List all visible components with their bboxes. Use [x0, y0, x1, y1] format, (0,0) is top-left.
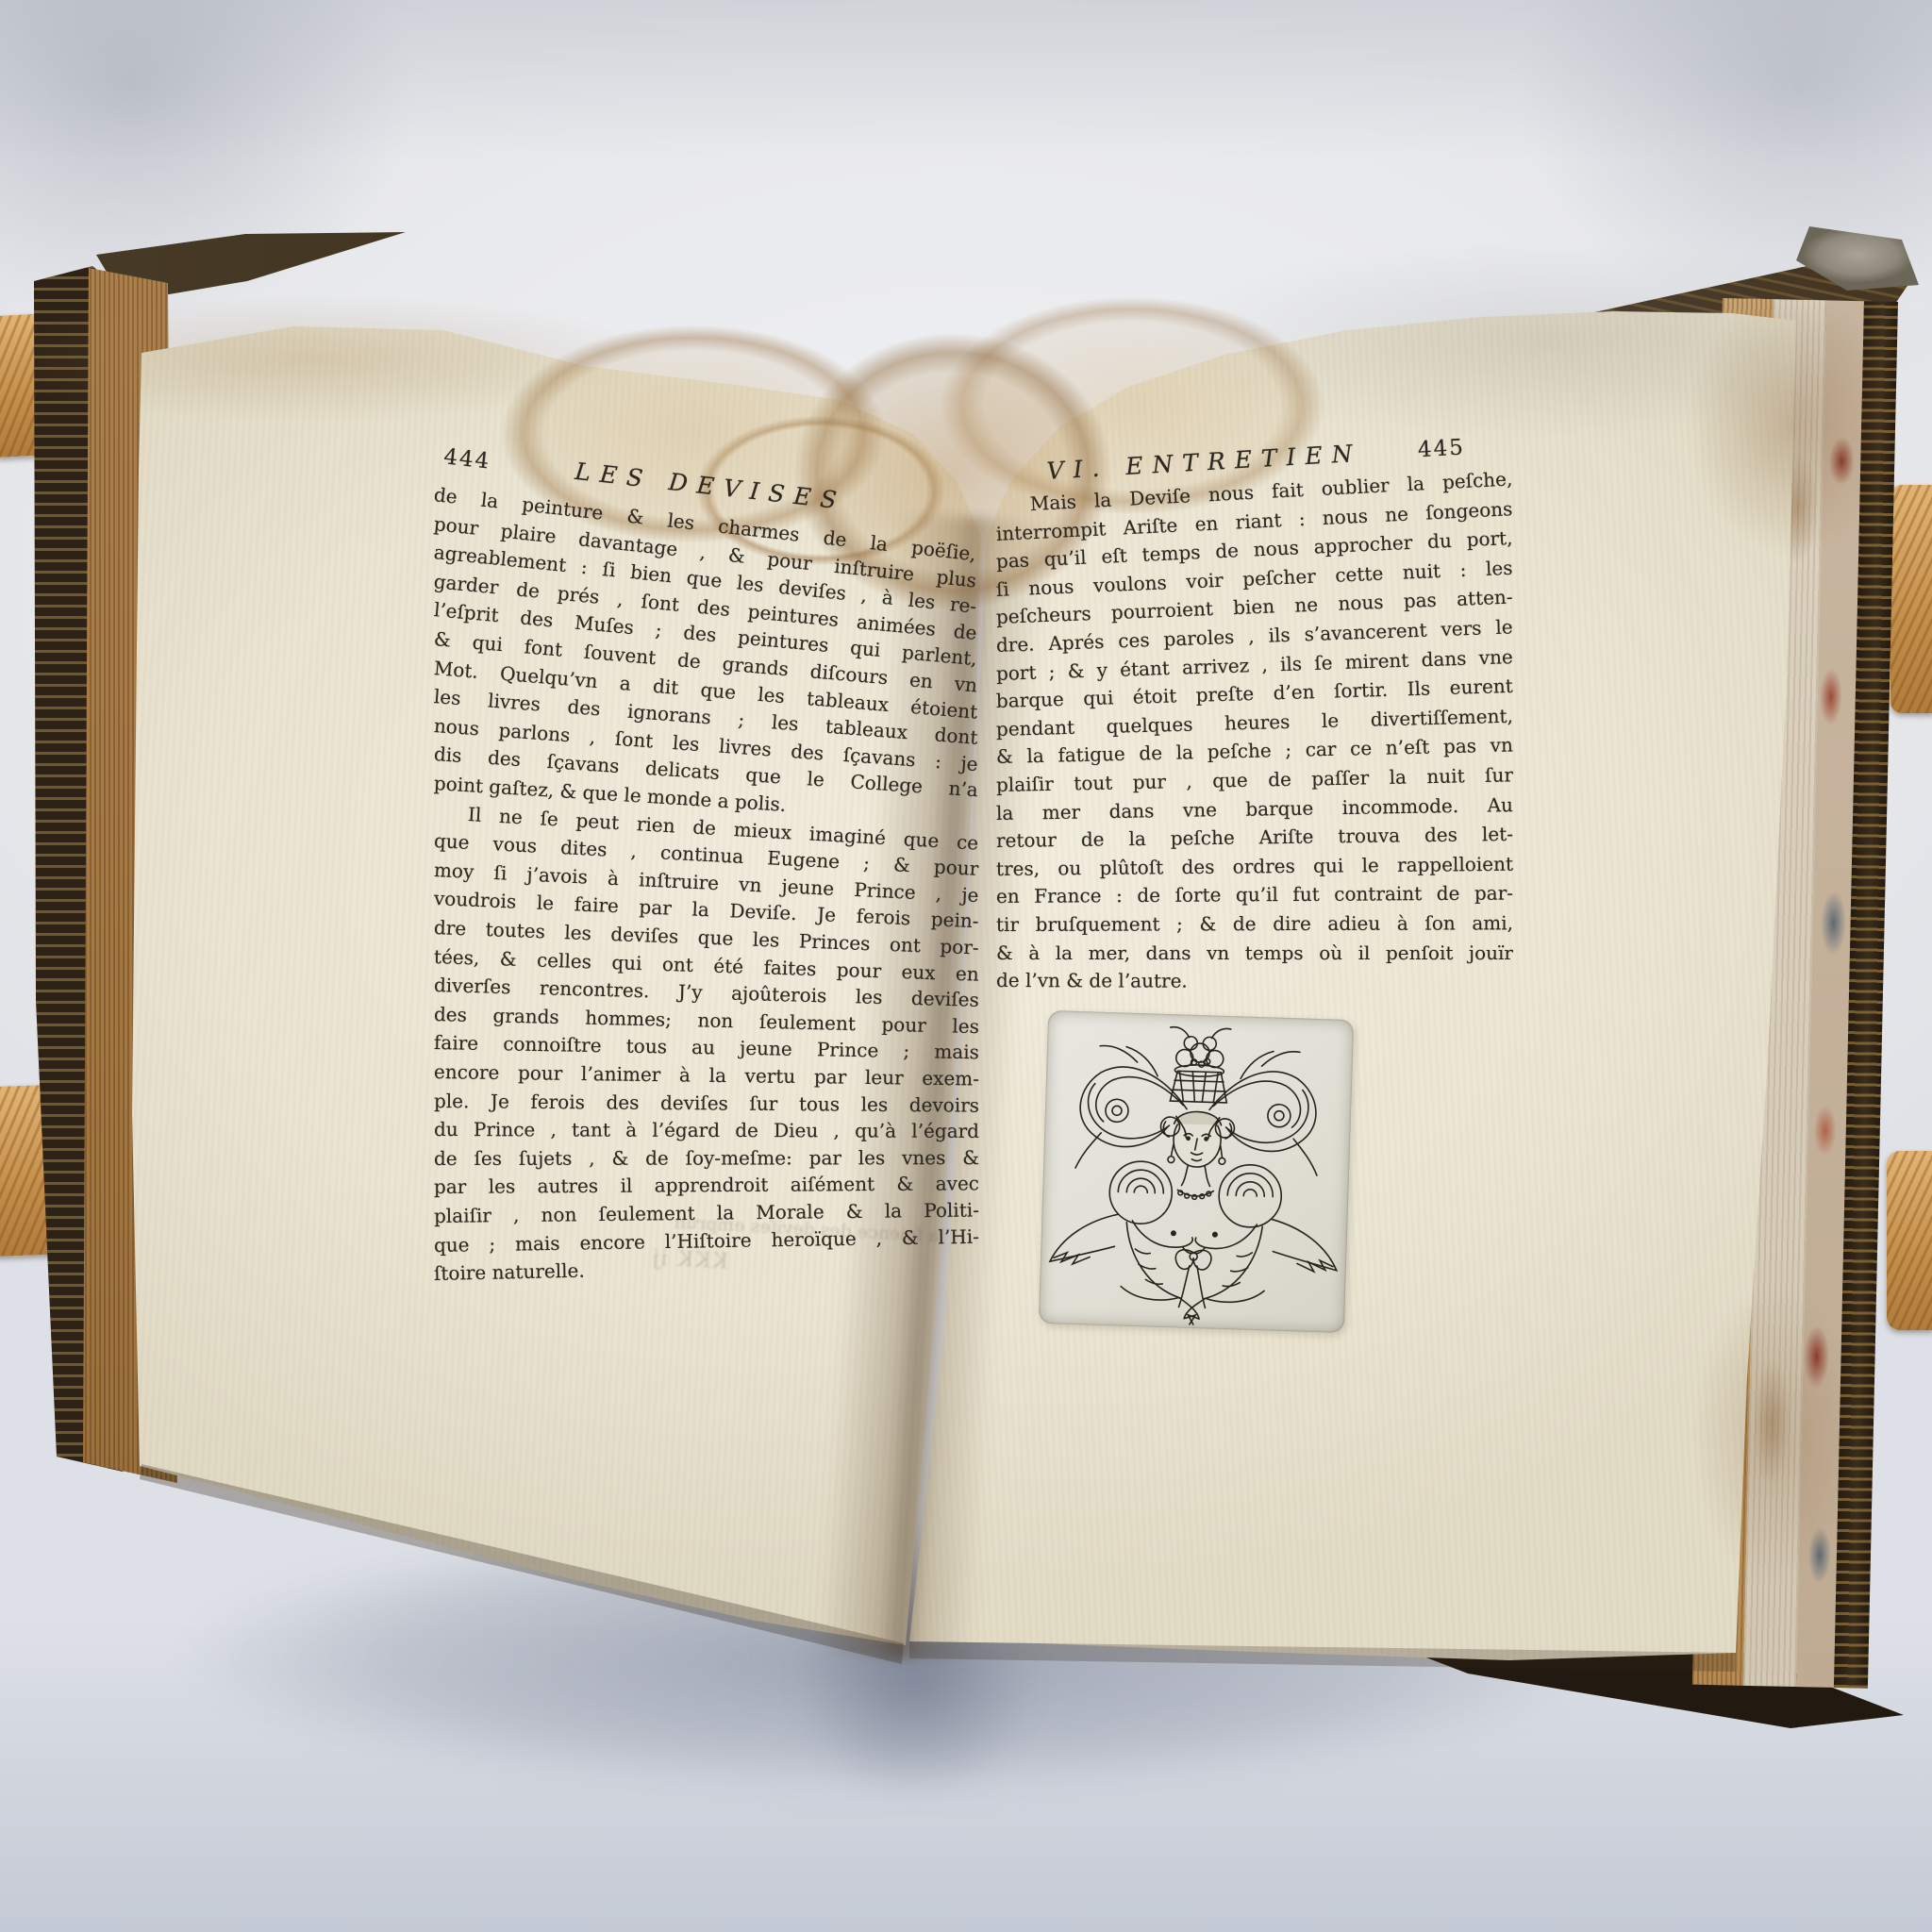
open-book: 444 LES DEVISES de la peinture & les cha…: [0, 0, 1932, 1932]
shell-left-icon: [1108, 1160, 1173, 1224]
text-line: tres, ou plûtoſt des ordres qui le rappe…: [996, 853, 1513, 882]
page-number-left: 444: [442, 444, 491, 474]
text-line: retour de la peſche Ariſte trouva des le…: [996, 823, 1513, 854]
text-line: encore pour l’animer à la vertu par leur…: [434, 1060, 979, 1092]
foliage-scroll-right-icon: [1207, 1049, 1321, 1175]
dolphin-left-icon: [1048, 1212, 1203, 1324]
text-line: ple. Je ferois des deviſes ſur tous les …: [434, 1090, 979, 1119]
engraving-plate: [1039, 1010, 1354, 1333]
text-line: du Prince , tant à l’égard de Dieu , qu’…: [434, 1118, 979, 1144]
page-number-right: 445: [1417, 435, 1465, 462]
text-line: plaiſir tout pur , que de paſſer la nuit…: [996, 763, 1513, 798]
text-line: de l’vn & de l’autre.: [996, 969, 1513, 995]
left-page-text: 444 LES DEVISES de la peinture & les cha…: [434, 441, 979, 1328]
text-line: en France : de ſorte qu’il fut contraint…: [996, 882, 1513, 909]
show-through-signature-mark: KKK ij: [650, 1246, 728, 1274]
shell-right-icon: [1218, 1164, 1282, 1228]
dolphin-right-icon: [1184, 1217, 1339, 1329]
right-page-text: VI. ENTRETIEN 445 Mais la Deviſe nous fa…: [996, 432, 1513, 1055]
text-line: par les autres il apprendroit aiſément &…: [434, 1173, 979, 1201]
dolphins-and-crowned-head-engraving: [1039, 1010, 1354, 1333]
text-line: & à la mer, dans vn temps où il penſoit …: [996, 941, 1513, 966]
fruit-basket-crown-icon: [1168, 1027, 1230, 1103]
text-line: tir bruſquement ; & de dire adieu à ſon …: [996, 911, 1513, 938]
text-line: de ſes ſujets , & de ſoy-meſme: par les …: [434, 1146, 979, 1172]
photo-background: 444 LES DEVISES de la peinture & les cha…: [0, 0, 1932, 1932]
woman-head-icon: [1158, 1110, 1235, 1200]
text-line: la mer dans vne barque incommode. Au: [996, 793, 1513, 826]
